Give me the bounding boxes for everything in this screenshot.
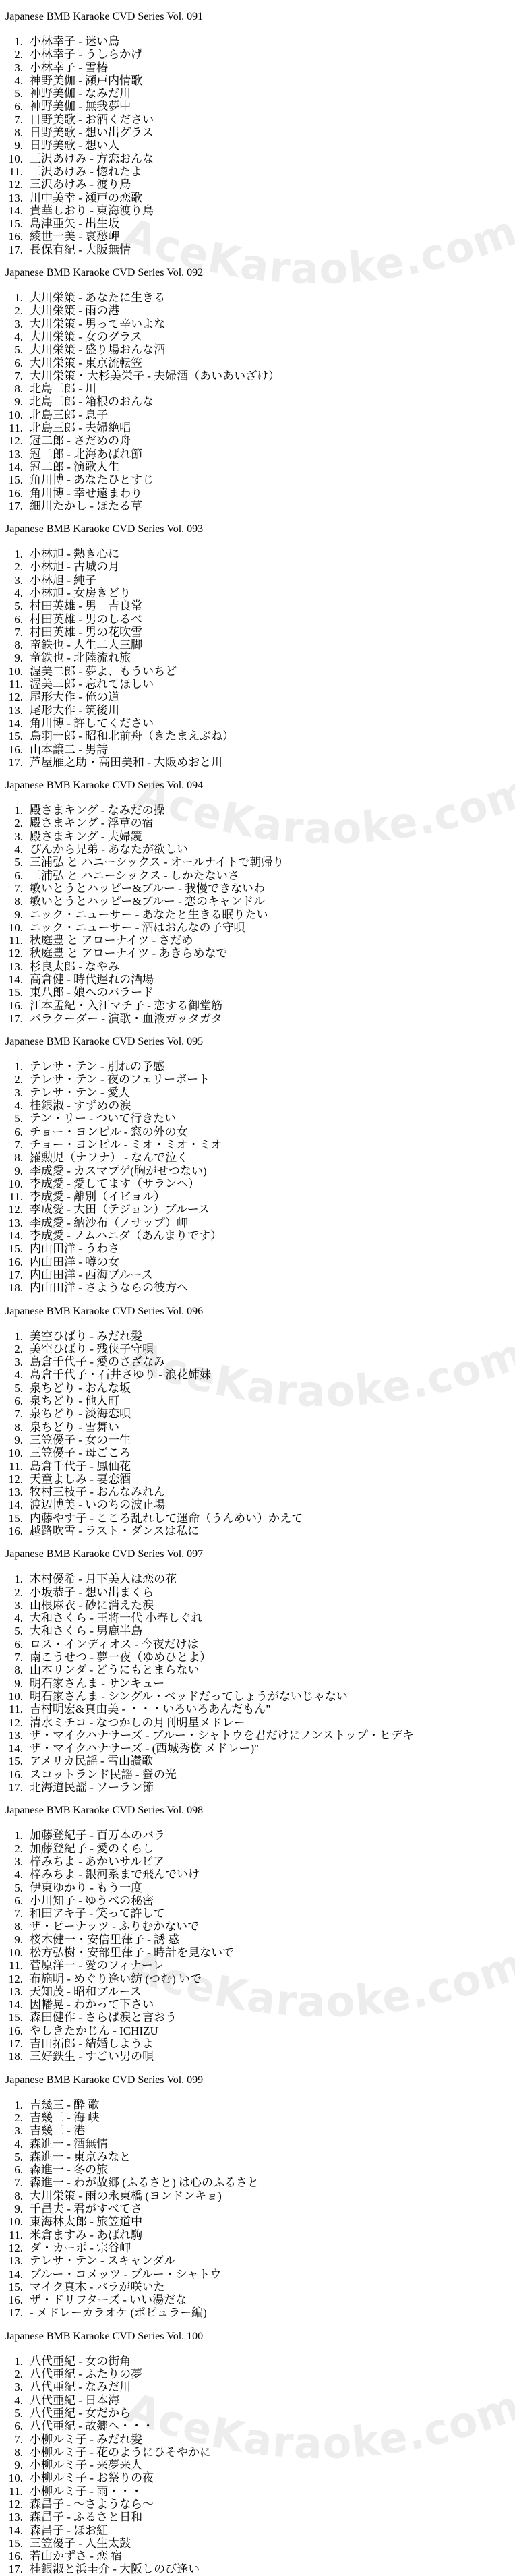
- song-title-text: 殿さまキング - 夫婦鏡: [30, 830, 142, 843]
- song-row: 4. 八代亜紀 - 日本海: [0, 2394, 515, 2407]
- song-row: 6. 森進一 - 冬の旅: [0, 2163, 515, 2176]
- song-title-text: 小坂恭子 - 想い出まくら: [30, 1586, 154, 1599]
- song-title-text: 大川栄策 - 女のグラス: [30, 330, 142, 343]
- song-row: 13. テレサ・テン - スキャンダル: [0, 2254, 515, 2267]
- song-number: 12.: [0, 178, 23, 191]
- song-title-text: 島津亜矢 - 出生坂: [30, 217, 119, 230]
- song-title-text: 渥美二郎 - 忘れてほしい: [30, 678, 154, 691]
- song-title-text: バラクーダー - 演歌・血液ガッタガタ: [30, 1012, 222, 1025]
- song-title-text: 大川栄策 - 雨の永東橋 (ヨンドンキョ): [30, 2190, 222, 2202]
- song-number: 14.: [0, 2268, 23, 2281]
- song-row: 11. 吉村明宏&真由美 - ・・・いろいろあんだもん": [0, 1703, 515, 1716]
- song-number: 12.: [0, 1473, 23, 1486]
- song-row: 12. 森昌子 - ～さようなら～: [0, 2498, 515, 2511]
- song-number: 15.: [0, 1242, 23, 1255]
- song-number: 2.: [0, 48, 23, 61]
- song-number: 1.: [0, 1060, 23, 1073]
- song-number: 15.: [0, 730, 23, 742]
- song-row: 18. 三好鉄生 - すごい男の唄: [0, 2050, 515, 2063]
- song-row: 2. 殿さまキング - 浮草の宿: [0, 817, 515, 829]
- song-number: 7.: [0, 2433, 23, 2446]
- song-row: 6. 小川知子 - ゆうべの秘密: [0, 1894, 515, 1907]
- song-row: 5. 神野美伽 - なみだ川: [0, 87, 515, 100]
- song-title-text: 神野美伽 - 瀬戸内情歌: [30, 74, 142, 87]
- song-row: 14. 李成愛 - ノムハニダ（あんまりです）: [0, 1229, 515, 1242]
- song-title-text: 八代亜紀 - ふたりの夢: [30, 2368, 142, 2380]
- song-number: 3.: [0, 2124, 23, 2137]
- song-row: 9. ニック・ニューサー - あなたと生きる眠りたい: [0, 908, 515, 921]
- song-number: 12.: [0, 1203, 23, 1216]
- song-number: 14.: [0, 1742, 23, 1755]
- song-row: 5. 伊東ゆかり - もう一度: [0, 1881, 515, 1894]
- song-row: 12. 天童よしみ - 妻恋酒: [0, 1473, 515, 1486]
- song-title-text: 小柳ルミ子 - みだれ髪: [30, 2433, 142, 2446]
- song-number: 5.: [0, 856, 23, 869]
- song-title-text: 松方弘樹・安部里葎子 - 時計を見ないで: [30, 1946, 234, 1959]
- song-title-text: 小柳ルミ子 - 来夢来人: [30, 2459, 142, 2471]
- song-number: 18.: [0, 2050, 23, 2063]
- song-number: 5.: [0, 1112, 23, 1125]
- song-number: 10.: [0, 2215, 23, 2228]
- song-number: 14.: [0, 1229, 23, 1242]
- song-title-text: ニック・ニューサー - あなたと生きる眠りたい: [30, 908, 268, 921]
- song-number: 14.: [0, 2524, 23, 2537]
- song-title-text: 内山田洋 - うわさ: [30, 1242, 119, 1255]
- song-row: 8. 竜鉄也 - 人生二人三脚: [0, 639, 515, 651]
- song-row: 7. 村田英雄 - 男の花吹雪: [0, 626, 515, 639]
- song-number: 5.: [0, 599, 23, 612]
- song-title-text: 島倉千代子・石井さゆり - 浪花姉妹: [30, 1368, 211, 1381]
- song-title-text: 山本リンダ - どうにもとまらない: [30, 1664, 199, 1676]
- song-row: 13. 杉良太郎 - なやみ: [0, 960, 515, 973]
- song-row: 2. 美空ひばり - 残侠子守唄: [0, 1343, 515, 1355]
- song-title-text: 森昌子 - ～さようなら～: [30, 2498, 154, 2511]
- song-row: 4. 神野美伽 - 瀬戸内情歌: [0, 74, 515, 87]
- song-title-text: 天知茂 - 昭和ブルース: [30, 1985, 142, 1998]
- song-number: 10.: [0, 1177, 23, 1190]
- song-number: 4.: [0, 1368, 23, 1381]
- song-title-text: 李成愛 - 離別（イビョル）: [30, 1190, 165, 1203]
- song-number: 13.: [0, 448, 23, 461]
- song-number: 10.: [0, 409, 23, 421]
- song-title-text: 越路吹雪 - ラスト・ダンスは私に: [30, 1525, 199, 1538]
- song-row: 4. 大和さくら - 王将一代 小春しぐれ: [0, 1612, 515, 1624]
- song-row: 1. 加藤登紀子 - 百万本のバラ: [0, 1829, 515, 1842]
- song-title-text: 八代亜紀 - 故郷へ・・・: [30, 2420, 154, 2432]
- song-row: 17. 内山田洋 - 西海ブルース: [0, 1268, 515, 1281]
- song-row: 6. チョー・ヨンピル - 窓の外の女: [0, 1125, 515, 1138]
- song-number: 2.: [0, 2111, 23, 2124]
- song-title-text: 梓みちよ - 銀河系まで飛んでいけ: [30, 1868, 200, 1881]
- song-row: 17. 芦屋雁之助・高田美和 - 大阪めおと川: [0, 756, 515, 769]
- song-number: 17.: [0, 2306, 23, 2319]
- song-row: 11. 渥美二郎 - 忘れてほしい: [0, 678, 515, 691]
- song-title-text: 江本孟紀・入江マチ子 - 恋する御堂筋: [30, 999, 222, 1012]
- song-title-text: 吉幾三 - 海 峡: [30, 2111, 99, 2124]
- song-number: 14.: [0, 1998, 23, 2011]
- song-row: 12. 李成愛 - 大田（テジョン）ブルース: [0, 1203, 515, 1216]
- song-row: 8. 北島三郎 - 川: [0, 382, 515, 395]
- song-title-text: ぴんから兄弟 - あなたが欲しい: [30, 843, 188, 856]
- song-number: 11.: [0, 421, 23, 434]
- song-row: 9. 竜鉄也 - 北陸流れ旅: [0, 651, 515, 664]
- song-number: 16.: [0, 999, 23, 1012]
- song-title-text: 小林幸子 - 迷い鳥: [30, 35, 119, 48]
- song-list: 1. 木村優希 - 月下美人は恋の花 2. 小坂恭子 - 想い出まくら 3. 山…: [0, 1573, 515, 1794]
- song-title-text: 小林旭 - 熱き心に: [30, 548, 119, 560]
- song-number: 6.: [0, 613, 23, 626]
- song-row: 9. 北島三郎 - 箱根のおんな: [0, 395, 515, 408]
- song-row: 10. 松方弘樹・安部里葎子 - 時計を見ないで: [0, 1946, 515, 1959]
- song-row: 6. 村田英雄 - 男のしるべ: [0, 613, 515, 626]
- song-title-text: 小林旭 - 古城の月: [30, 560, 119, 573]
- song-number: 9.: [0, 1933, 23, 1946]
- song-number: 9.: [0, 1165, 23, 1177]
- song-row: 17. 北海道民謡 - ソーラン節: [0, 1781, 515, 1794]
- song-number: 16.: [0, 1768, 23, 1781]
- song-number: 14.: [0, 461, 23, 473]
- song-number: 15.: [0, 986, 23, 999]
- song-row: 14. ザ・マイクハナサーズ - (西城秀樹 メドレー)": [0, 1742, 515, 1755]
- song-row: 7. 日野美歌 - お酒ください: [0, 113, 515, 126]
- song-number: 10.: [0, 152, 23, 165]
- song-title-text: 内山田洋 - さようならの彼方へ: [30, 1281, 188, 1294]
- song-title-text: 三沢あけみ - 惚れたよ: [30, 165, 142, 178]
- song-row: 2. 小林旭 - 古城の月: [0, 560, 515, 573]
- song-title-text: 明石家さんま - シングル・ベッドだってしょうがないじゃない: [30, 1690, 348, 1703]
- song-row: 8. 小柳ルミ子 - 花のようにひそやかに: [0, 2446, 515, 2459]
- song-row: 14. 貴華しおり - 東海渡り鳥: [0, 204, 515, 217]
- song-title-text: 菅原洋一 - 愛のフィナーレ: [30, 1959, 164, 1972]
- song-title-text: 李成愛 - カスマプゲ(胸がせつない): [30, 1165, 207, 1177]
- song-row: 6. 神野美伽 - 無我夢中: [0, 100, 515, 113]
- song-title-text: 森進一 - 冬の旅: [30, 2163, 108, 2176]
- song-row: 2. 吉幾三 - 海 峡: [0, 2111, 515, 2124]
- song-number: 12.: [0, 434, 23, 447]
- song-row: 9. 明石家さんま - サンキュー: [0, 1677, 515, 1690]
- song-title-text: テレサ・テン - スキャンダル: [30, 2254, 175, 2267]
- song-number: 15.: [0, 1512, 23, 1525]
- song-title-text: 大川栄策 - 男って辛いよな: [30, 318, 165, 330]
- song-number: 1.: [0, 548, 23, 560]
- song-number: 13.: [0, 1486, 23, 1498]
- song-row: 1. 八代亜紀 - 女の街角: [0, 2355, 515, 2368]
- song-title-text: 敏いとうとハッピー&ブルー - 我慢できないわ: [30, 882, 265, 895]
- song-row: 1. 吉幾三 - 酔 歌: [0, 2099, 515, 2111]
- song-title-text: 小林旭 - 女房きどり: [30, 587, 131, 599]
- series-title: Japanese BMB Karaoke CVD Series Vol. 092: [5, 267, 515, 279]
- song-list: 1. 小林旭 - 熱き心に 2. 小林旭 - 古城の月 3. 小林旭 - 純子 …: [0, 548, 515, 769]
- song-number: 8.: [0, 639, 23, 651]
- song-number: 13.: [0, 1985, 23, 1998]
- song-title-text: 加藤登紀子 - 愛のくらし: [30, 1842, 154, 1855]
- song-title-text: ニック・ニューサー - 酒はおんなの子守唄: [30, 921, 245, 934]
- song-number: 13.: [0, 960, 23, 973]
- song-number: 8.: [0, 382, 23, 395]
- song-number: 14.: [0, 973, 23, 986]
- song-number: 12.: [0, 947, 23, 960]
- song-number: 3.: [0, 2380, 23, 2393]
- song-title-text: 桜木健一・安倍里葎子 - 誘 惑: [30, 1933, 179, 1946]
- song-number: 9.: [0, 395, 23, 408]
- song-title-text: 李成愛 - 大田（テジョン）ブルース: [30, 1203, 210, 1216]
- song-row: 11. 三沢あけみ - 惚れたよ: [0, 165, 515, 178]
- song-title-text: 北島三郎 - 箱根のおんな: [30, 395, 154, 408]
- song-title-text: ダ・カーポ - 宗谷岬: [30, 2242, 131, 2254]
- song-title-text: 神野美伽 - 無我夢中: [30, 100, 131, 113]
- song-title-text: 日野美歌 - 想い出グラス: [30, 126, 154, 139]
- song-row: 6. ロス・インディオス - 今夜だけは: [0, 1638, 515, 1651]
- song-title-text: ザ・ドリフターズ - いい湯だな: [30, 2293, 187, 2306]
- song-title-text: 森進一 - 酒無情: [30, 2138, 108, 2150]
- song-title-text: 渥美二郎 - 夢よ、もういちど: [30, 665, 177, 678]
- song-title-text: 尾形大作 - 俺の道: [30, 691, 119, 703]
- song-row: 11. 秋庭豊 と アローナイツ - さだめ: [0, 934, 515, 947]
- song-number: 6.: [0, 2163, 23, 2176]
- song-number: 17.: [0, 243, 23, 256]
- sections-root: Japanese BMB Karaoke CVD Series Vol. 091…: [0, 11, 515, 2576]
- song-title-text: 泉ちどり - おんな坂: [30, 1382, 131, 1395]
- song-title-text: 森昌子 - ほお紅: [30, 2524, 108, 2537]
- song-list: 1. 殿さまキング - なみだの操 2. 殿さまキング - 浮草の宿 3. 殿さ…: [0, 804, 515, 1025]
- song-title-text: 東八郎 - 娘へのバラード: [30, 986, 154, 999]
- song-row: 11. 小柳ルミ子 - 雨・・・: [0, 2485, 515, 2498]
- song-title-text: 李成愛 - ノムハニダ（あんまりです）: [30, 1229, 222, 1242]
- song-list: 1. 加藤登紀子 - 百万本のバラ 2. 加藤登紀子 - 愛のくらし 3. 梓み…: [0, 1829, 515, 2063]
- song-number: 18.: [0, 1281, 23, 1294]
- song-title-text: 角川博 - 幸せ遠まわり: [30, 487, 142, 500]
- song-title-text: 泉ちどり - 他人町: [30, 1395, 119, 1407]
- song-number: 1.: [0, 35, 23, 48]
- song-title-text: 村田英雄 - 男の花吹雪: [30, 626, 142, 639]
- song-title-text: 大川栄策 - 東京流転笠: [30, 357, 142, 370]
- song-row: 16. 内山田洋 - 噂の女: [0, 1256, 515, 1268]
- song-title-text: 角川博 - あなたひとすじ: [30, 473, 154, 486]
- song-number: 7.: [0, 882, 23, 895]
- song-number: 16.: [0, 487, 23, 500]
- song-row: 4. 森進一 - 酒無情: [0, 2138, 515, 2150]
- song-row: 10. ニック・ニューサー - 酒はおんなの子守唄: [0, 921, 515, 934]
- song-title-text: 和田アキ子 - 笑って許して: [30, 1907, 164, 1920]
- song-title-text: 小林旭 - 純子: [30, 574, 96, 587]
- song-row: 15. 鳥羽一郎 - 昭和北前舟（きたまえぶね）: [0, 730, 515, 742]
- song-row: 16. 越路吹雪 - ラスト・ダンスは私に: [0, 1525, 515, 1538]
- song-title-text: 敏いとうとハッピー&ブルー - 恋のキャンドル: [30, 895, 265, 908]
- song-title-text: 南こうせつ - 夢一夜（ゆめひとよ）: [30, 1651, 211, 1664]
- song-row: 10. 渥美二郎 - 夢よ、もういちど: [0, 665, 515, 678]
- song-row: 5. 村田英雄 - 男 吉良常: [0, 599, 515, 612]
- song-number: 5.: [0, 1382, 23, 1395]
- song-row: 4. 桂銀淑 - すずめの涙: [0, 1099, 515, 1112]
- song-row: 17. 細川たかし - ほたる草: [0, 500, 515, 513]
- song-number: 2.: [0, 2368, 23, 2380]
- song-row: 6. 八代亜紀 - 故郷へ・・・: [0, 2420, 515, 2432]
- song-row: 7. 和田アキ子 - 笑って許して: [0, 1907, 515, 1920]
- song-title-text: ザ・マイクハナサーズ - (西城秀樹 メドレー)": [30, 1742, 259, 1755]
- song-title-text: - メドレーカラオケ (ポピュラー編): [30, 2306, 207, 2319]
- song-number: 9.: [0, 2459, 23, 2471]
- song-title-text: 因幡晃 - わかって下さい: [30, 1998, 154, 2011]
- song-row: 3. 山根麻衣 - 砂に消えた涙: [0, 1599, 515, 1612]
- song-row: 8. 山本リンダ - どうにもとまらない: [0, 1664, 515, 1676]
- song-number: 10.: [0, 921, 23, 934]
- song-number: 3.: [0, 574, 23, 587]
- song-number: 6.: [0, 2420, 23, 2432]
- song-row: 1. 美空ひばり - みだれ髪: [0, 1330, 515, 1343]
- song-title-text: 小川知子 - ゆうべの秘密: [30, 1894, 154, 1907]
- song-title-text: 大和さくら - 王将一代 小春しぐれ: [30, 1612, 202, 1624]
- song-row: 7. 泉ちどり - 淡海恋唄: [0, 1407, 515, 1420]
- series-title: Japanese BMB Karaoke CVD Series Vol. 091: [5, 11, 515, 23]
- song-title-text: 大川栄策・大杉美栄子 - 夫婦酒（あいあいざけ）: [30, 370, 280, 382]
- song-number: 4.: [0, 2394, 23, 2407]
- song-number: 16.: [0, 743, 23, 756]
- song-number: 2.: [0, 1842, 23, 1855]
- song-title-text: 泉ちどり - 雪舞い: [30, 1421, 119, 1434]
- song-number: 13.: [0, 1217, 23, 1229]
- song-number: 16.: [0, 1525, 23, 1538]
- song-row: 13. 尾形大作 - 筑後川: [0, 704, 515, 717]
- song-number: 12.: [0, 1972, 23, 1985]
- song-row: 11. 菅原洋一 - 愛のフィナーレ: [0, 1959, 515, 1972]
- song-number: 8.: [0, 2190, 23, 2202]
- song-number: 15.: [0, 217, 23, 230]
- song-row: 7. 大川栄策・大杉美栄子 - 夫婦酒（あいあいざけ）: [0, 370, 515, 382]
- song-list: 1. 小林幸子 - 迷い鳥 2. 小林幸子 - うしらかげ 3. 小林幸子 - …: [0, 35, 515, 256]
- song-title-text: 李成愛 - 愛してます（サランヘ）: [30, 1177, 200, 1190]
- song-number: 3.: [0, 61, 23, 74]
- song-row: 3. 八代亜紀 - なみだ川: [0, 2380, 515, 2393]
- song-number: 12.: [0, 1716, 23, 1729]
- song-number: 1.: [0, 2355, 23, 2368]
- song-row: 13. 川中美幸 - 瀬戸の恋歌: [0, 192, 515, 204]
- song-title-text: 吉幾三 - 酔 歌: [30, 2099, 99, 2111]
- song-number: 5.: [0, 2150, 23, 2163]
- song-number: 7.: [0, 1907, 23, 1920]
- song-title-text: 加藤登紀子 - 百万本のバラ: [30, 1829, 165, 1842]
- song-number: 5.: [0, 1624, 23, 1637]
- song-number: 9.: [0, 1677, 23, 1690]
- song-row: 14. 冠二郎 - 演歌人生: [0, 461, 515, 473]
- song-row: 8. 日野美歌 - 想い出グラス: [0, 126, 515, 139]
- song-title-text: 八代亜紀 - 女だから: [30, 2407, 131, 2420]
- song-number: 3.: [0, 318, 23, 330]
- song-title-text: 竜鉄也 - 北陸流れ旅: [30, 651, 131, 664]
- song-number: 11.: [0, 165, 23, 178]
- song-title-text: マイク真木 - バラが咲いた: [30, 2281, 164, 2293]
- song-row: 2. 小林幸子 - うしらかげ: [0, 48, 515, 61]
- song-row: 16. 角川博 - 幸せ遠まわり: [0, 487, 515, 500]
- song-list: 1. 八代亜紀 - 女の街角 2. 八代亜紀 - ふたりの夢 3. 八代亜紀 -…: [0, 2355, 515, 2576]
- song-title-text: 木村優希 - 月下美人は恋の花: [30, 1573, 177, 1585]
- song-title-text: 小柳ルミ子 - お祭りの夜: [30, 2471, 154, 2484]
- song-title-text: 内山田洋 - 西海ブルース: [30, 1268, 153, 1281]
- series-title: Japanese BMB Karaoke CVD Series Vol. 094: [5, 780, 515, 792]
- song-row: 18. 内山田洋 - さようならの彼方へ: [0, 1281, 515, 1294]
- song-title-text: 三笠優子 - 女の一生: [30, 1434, 131, 1446]
- song-row: 8. ザ・ピーナッツ - ふりむかないで: [0, 1920, 515, 1933]
- song-title-text: 島倉千代子 - 鳳仙花: [30, 1460, 131, 1473]
- series-section: Japanese BMB Karaoke CVD Series Vol. 100…: [0, 2331, 515, 2576]
- song-row: 13. 牧村三枝子 - おんなみれん: [0, 1486, 515, 1498]
- song-title-text: 村田英雄 - 男 吉良常: [30, 599, 142, 612]
- song-title-text: チョー・ヨンピル - 窓の外の女: [30, 1125, 188, 1138]
- song-number: 9.: [0, 1434, 23, 1446]
- song-number: 6.: [0, 1638, 23, 1651]
- song-title-text: 李成愛 - 納沙布（ノサップ）岬: [30, 1217, 188, 1229]
- song-title-text: 天童よしみ - 妻恋酒: [30, 1473, 131, 1486]
- series-section: Japanese BMB Karaoke CVD Series Vol. 091…: [0, 11, 515, 256]
- song-number: 5.: [0, 87, 23, 100]
- song-number: 7.: [0, 370, 23, 382]
- song-title-text: 冠二郎 - 演歌人生: [30, 461, 119, 473]
- song-title-text: 三好鉄生 - すごい男の唄: [30, 2050, 154, 2063]
- song-number: 15.: [0, 2011, 23, 2024]
- song-row: 13. 李成愛 - 納沙布（ノサップ）岬: [0, 1217, 515, 1229]
- song-title-text: 森進一 - 東京みなと: [30, 2150, 131, 2163]
- song-number: 1.: [0, 1573, 23, 1585]
- song-title-text: 若山かずさ - 恋 宿: [30, 2550, 122, 2563]
- song-title-text: 山本譲二 - 男詩: [30, 743, 108, 756]
- song-title-text: 八代亜紀 - なみだ川: [30, 2380, 131, 2393]
- song-row: 13. 天知茂 - 昭和ブルース: [0, 1985, 515, 1998]
- song-row: 15. アメリカ民謡 - 雪山讃歌: [0, 1755, 515, 1767]
- song-number: 3.: [0, 1855, 23, 1868]
- song-number: 4.: [0, 330, 23, 343]
- song-title-text: やしきたかじん - ICHIZU: [30, 2024, 158, 2037]
- song-number: 10.: [0, 665, 23, 678]
- song-row: 1. テレサ・テン - 別れの予感: [0, 1060, 515, 1073]
- song-number: 11.: [0, 1703, 23, 1716]
- song-row: 16. スコットランド民謡 - 螢の光: [0, 1768, 515, 1781]
- song-number: 8.: [0, 1664, 23, 1676]
- song-title-text: 大川栄策 - 雨の港: [30, 304, 119, 317]
- song-number: 7.: [0, 1407, 23, 1420]
- song-number: 8.: [0, 126, 23, 139]
- song-row: 1. 小林旭 - 熱き心に: [0, 548, 515, 560]
- song-number: 7.: [0, 1651, 23, 1664]
- song-number: 1.: [0, 2099, 23, 2111]
- song-row: 17. 長保有紀 - 大阪無情: [0, 243, 515, 256]
- song-title-text: 小林幸子 - うしらかげ: [30, 48, 142, 61]
- song-row: 13. 森昌子 - ふるさと日和: [0, 2511, 515, 2523]
- series-section: Japanese BMB Karaoke CVD Series Vol. 097…: [0, 1548, 515, 1794]
- song-row: 17. 吉田拓郎 - 結婚しようよ: [0, 2037, 515, 2050]
- song-number: 11.: [0, 2485, 23, 2498]
- song-row: 17. 桂銀淑と浜圭介 - 大阪しのび逢い: [0, 2563, 515, 2575]
- series-section: Japanese BMB Karaoke CVD Series Vol. 098…: [0, 1805, 515, 2063]
- song-number: 13.: [0, 192, 23, 204]
- song-title-text: 東海林太郎 - 旅笠道中: [30, 2215, 142, 2228]
- song-title-text: テレサ・テン - 別れの予感: [30, 1060, 164, 1073]
- song-number: 7.: [0, 626, 23, 639]
- song-row: 14. 渡辺博美 - いのちの波止場: [0, 1498, 515, 1511]
- song-number: 6.: [0, 1125, 23, 1138]
- song-row: 14. 高倉健 - 時代遅れの酒場: [0, 973, 515, 986]
- song-title-text: 日野美歌 - 想い人: [30, 139, 119, 152]
- song-title-text: 日野美歌 - お酒ください: [30, 113, 154, 126]
- song-title-text: 細川たかし - ほたる草: [30, 500, 142, 513]
- song-number: 13.: [0, 1729, 23, 1742]
- song-row: 4. 島倉千代子・石井さゆり - 浪花姉妹: [0, 1368, 515, 1381]
- song-row: 15. 内藤やす子 - こころ乱れして運命（うんめい）かえて: [0, 1512, 515, 1525]
- song-row: 1. 木村優希 - 月下美人は恋の花: [0, 1573, 515, 1585]
- song-row: 12. 三沢あけみ - 渡り鳥: [0, 178, 515, 191]
- song-number: 14.: [0, 717, 23, 730]
- song-row: 4. 梓みちよ - 銀河系まで飛んでいけ: [0, 1868, 515, 1881]
- song-number: 13.: [0, 2511, 23, 2523]
- song-row: 7. 小柳ルミ子 - みだれ髪: [0, 2433, 515, 2446]
